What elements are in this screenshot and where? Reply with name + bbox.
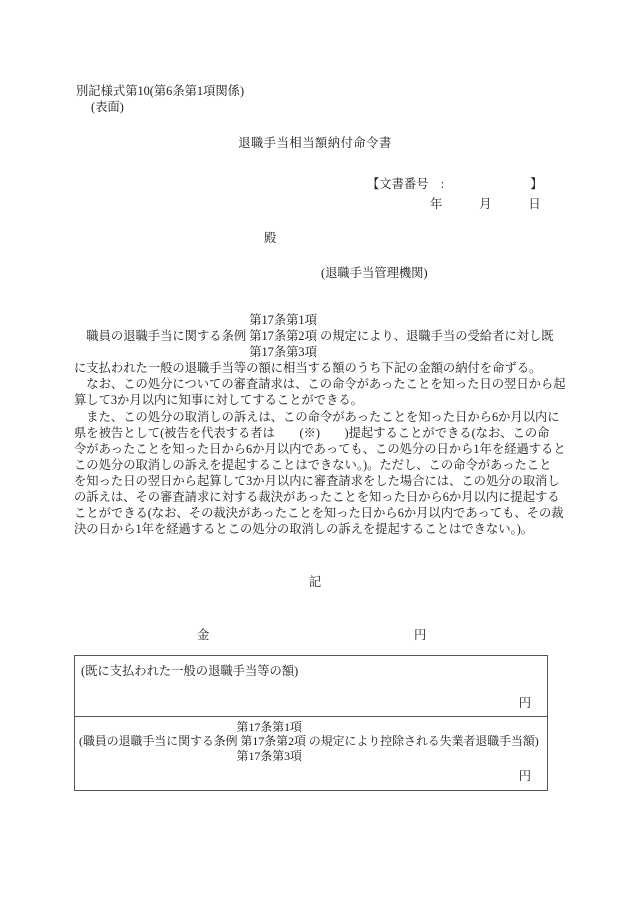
addressee-suffix: 殿 xyxy=(264,228,276,246)
side-label: (表面) xyxy=(91,97,124,115)
document-title: 退職手当相当額納付命令書 xyxy=(0,133,630,151)
paid-amount-unit: 円 xyxy=(519,693,531,711)
table-row-deduction-amount: 第17条第1項 (職員の退職手当に関する条例 第17条第2項 の規定により控除さ… xyxy=(75,717,547,790)
amount-prefix: 金 xyxy=(197,625,209,643)
document-page: 別記様式第10(第6条第1項関係) (表面) 退職手当相当額納付命令書 【文書番… xyxy=(0,0,630,903)
record-marker: 記 xyxy=(0,572,630,590)
date-field: 年 月 日 xyxy=(430,194,541,212)
amount-unit: 円 xyxy=(414,625,426,643)
table-row-paid-amount: (既に支払われた一般の退職手当等の額) 円 xyxy=(75,656,547,717)
paid-amount-label: (既に支払われた一般の退職手当等の額) xyxy=(75,656,547,679)
deduction-amount-label: 第17条第1項 (職員の退職手当に関する条例 第17条第2項 の規定により控除さ… xyxy=(75,717,547,763)
amount-table: (既に支払われた一般の退職手当等の額) 円 第17条第1項 (職員の退職手当に関… xyxy=(74,655,548,791)
document-number-field: 【文書番号 : 】 xyxy=(367,174,543,192)
deduction-amount-unit: 円 xyxy=(519,766,531,784)
issuer-name: (退職手当管理機関) xyxy=(321,263,428,281)
order-body-text: 第17条第1項 職員の退職手当に関する条例 第17条第2項 の規定により、退職手… xyxy=(74,312,574,537)
